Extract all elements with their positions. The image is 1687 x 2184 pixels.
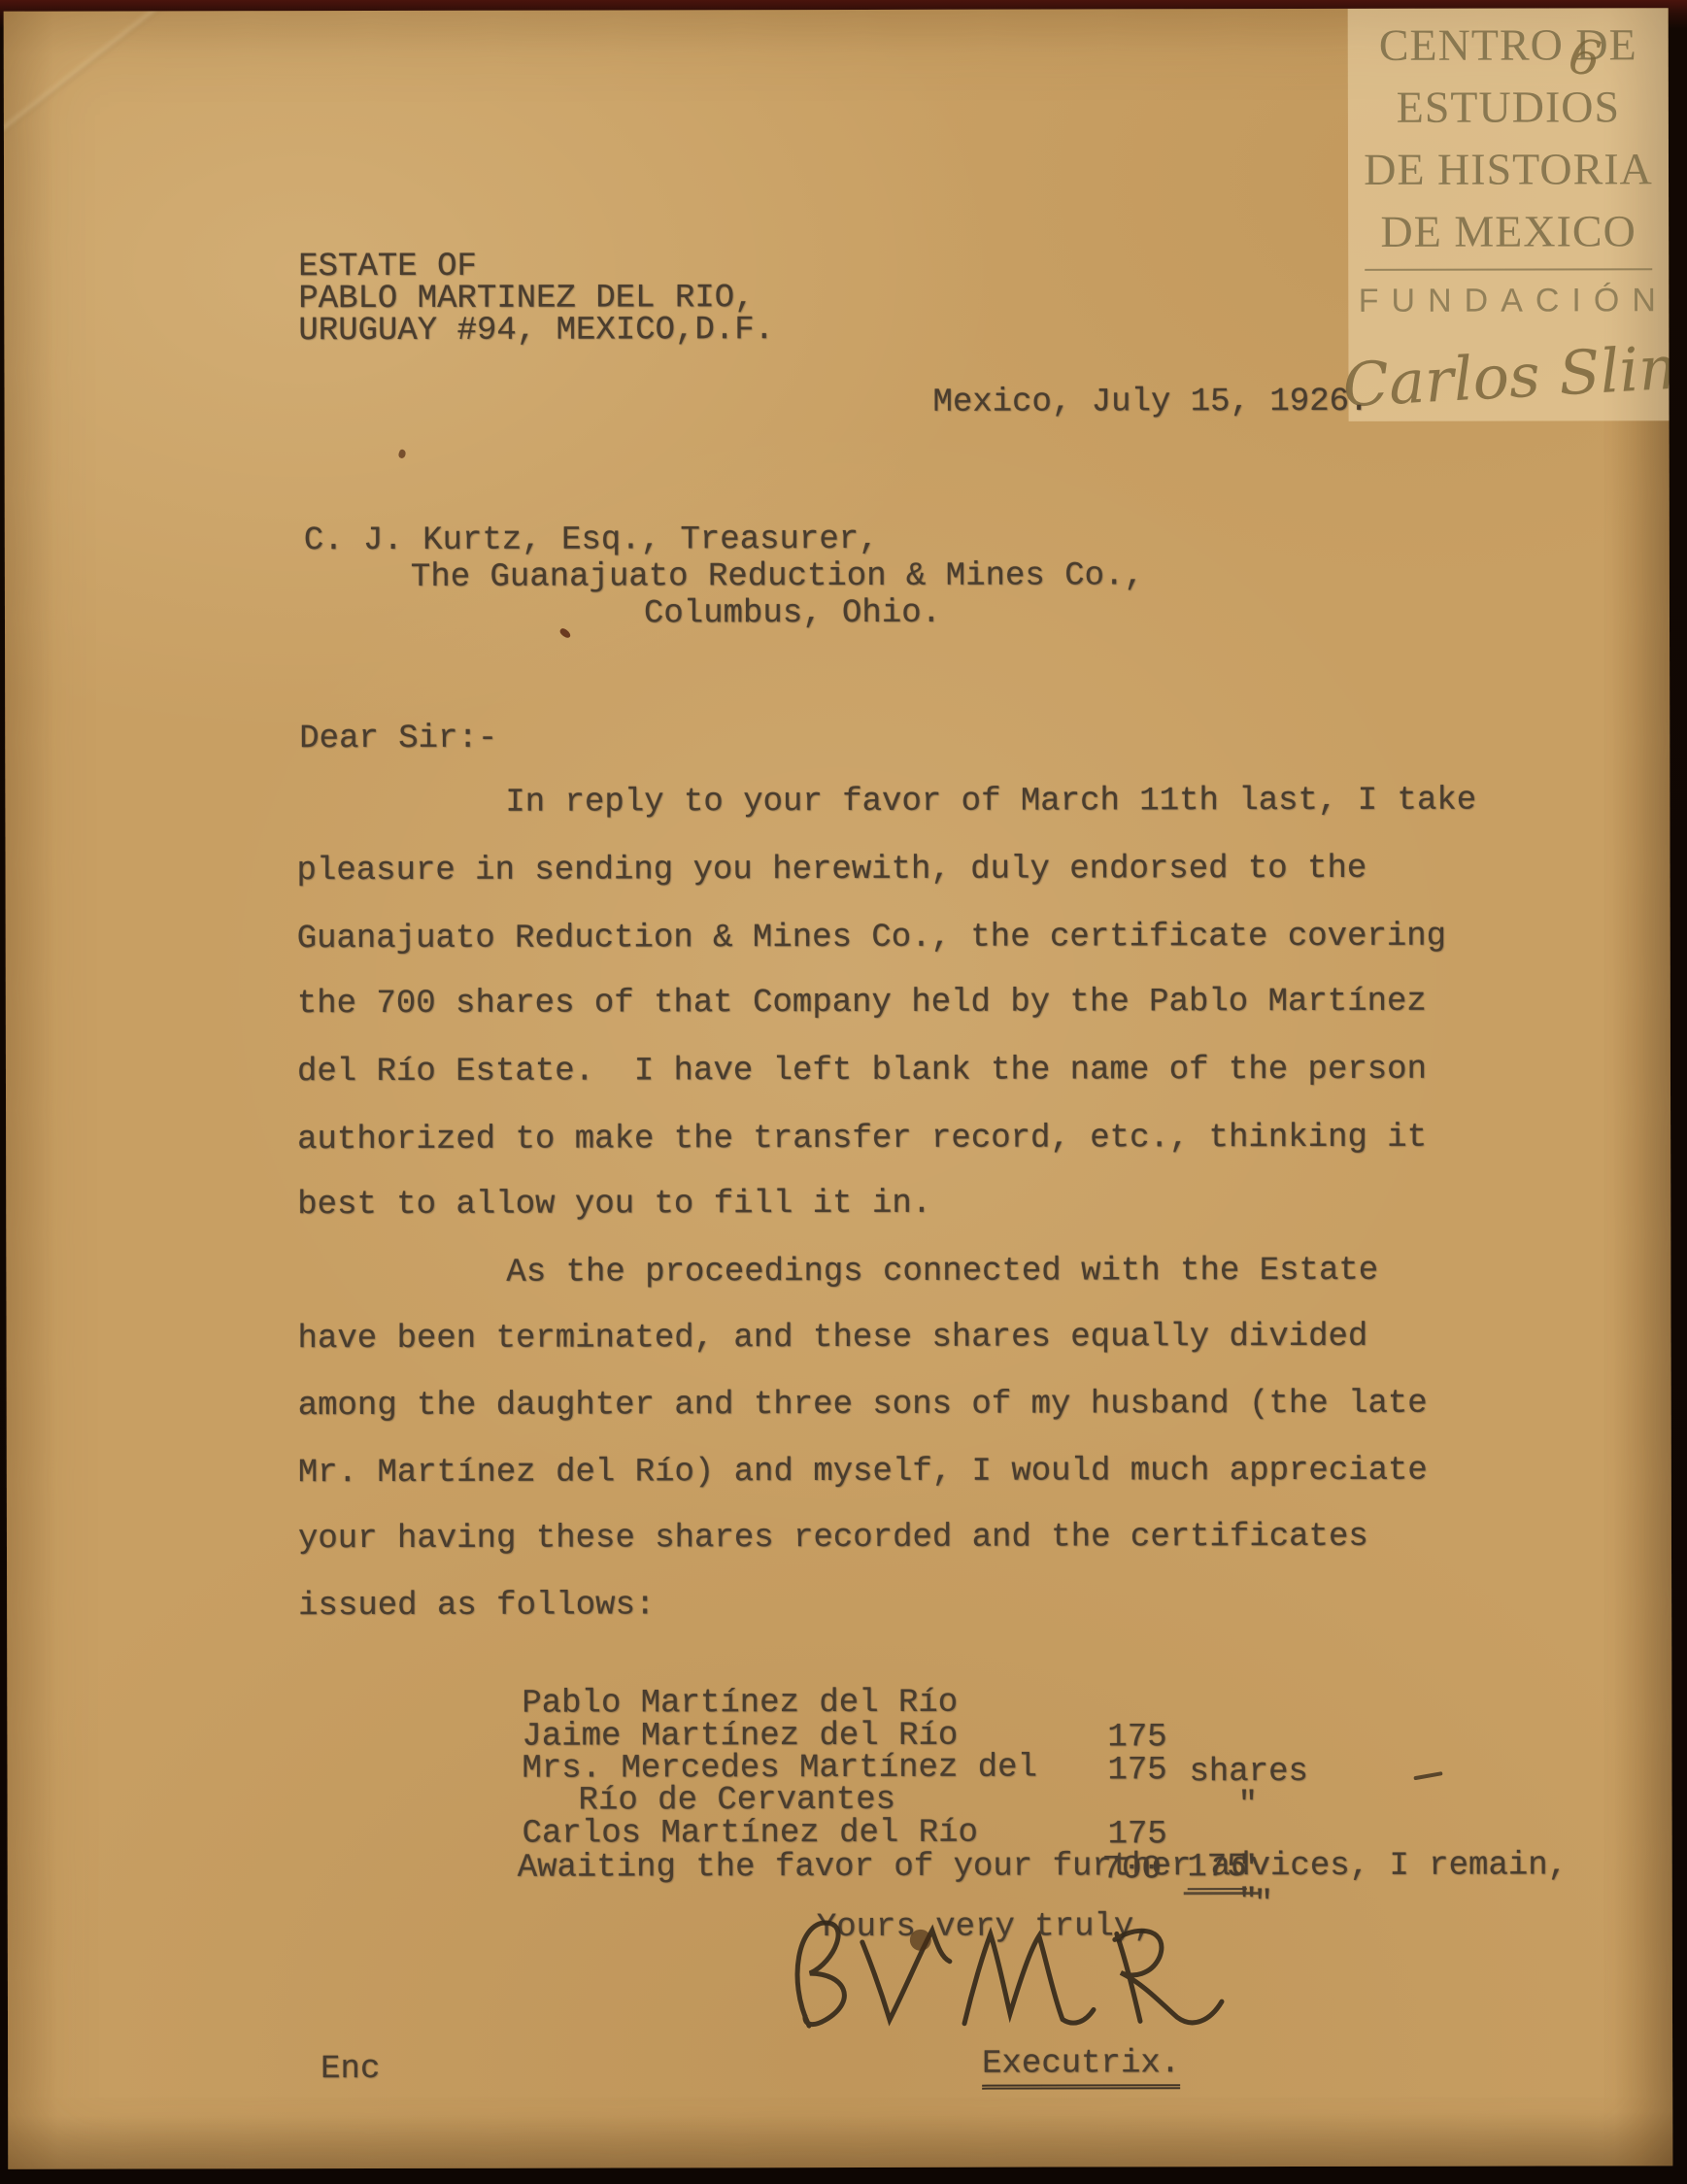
dateline: Mexico, July 15, 1926. — [932, 385, 1368, 420]
paper-speck — [397, 449, 407, 459]
ink-blot — [910, 1930, 931, 1951]
paper-speck — [558, 627, 572, 640]
salutation: Dear Sir:- — [299, 722, 497, 756]
body-line: As the proceedings connected with the Es… — [506, 1254, 1378, 1291]
signer-title: Executrix. — [982, 2046, 1180, 2089]
body-line: In reply to your favor of March 11th las… — [505, 784, 1476, 821]
letter-paper: CENTRO DE ESTUDIOS DE HISTORIA DE MEXICO… — [4, 8, 1673, 2169]
closing-await-line: Awaiting the favor of your further advic… — [518, 1848, 1568, 1885]
body-line: authorized to make the transfer record, … — [297, 1121, 1427, 1158]
scanned-letter-page: { "palette": { "paper": "#c89f63", "type… — [0, 0, 1687, 2184]
body-line: the 700 shares of that Company held by t… — [297, 985, 1427, 1022]
body-line: pleasure in sending you herewith, duly e… — [296, 852, 1366, 889]
recipient-line-1: C. J. Kurtz, Esq., Treasurer, — [304, 522, 879, 558]
watermark-line: DE HISTORIA — [1364, 138, 1653, 201]
body-line: issued as follows: — [298, 1588, 655, 1624]
body-line: among the daughter and three sons of my … — [298, 1387, 1428, 1424]
recipient-line-2: The Guanajuato Reduction & Mines Co., — [411, 558, 1144, 595]
watermark-foundation-label: FUNDACIÓN — [1359, 270, 1669, 331]
letterhead-line-3: URUGUAY #94, MEXICO,D.F. — [298, 313, 774, 349]
letterhead-line-1: ESTATE OF — [298, 250, 477, 285]
enclosure-note: Enc — [321, 2052, 380, 2087]
body-line: del Río Estate. I have left blank the na… — [297, 1053, 1427, 1090]
body-line: your having these shares recorded and th… — [298, 1520, 1368, 1557]
recipient-line-3: Columbus, Ohio. — [644, 596, 941, 632]
body-line: best to allow you to fill it in. — [297, 1187, 931, 1223]
body-line: Mr. Martínez del Río) and myself, I woul… — [298, 1454, 1428, 1491]
share-ditto-mark: " — [1254, 1887, 1273, 1922]
paper-fold-crease — [4, 8, 364, 162]
body-line: Guanajuato Reduction & Mines Co., the ce… — [297, 920, 1446, 957]
watermark-line: DE MEXICO — [1380, 200, 1636, 263]
body-line: have been terminated, and these shares e… — [298, 1320, 1368, 1357]
